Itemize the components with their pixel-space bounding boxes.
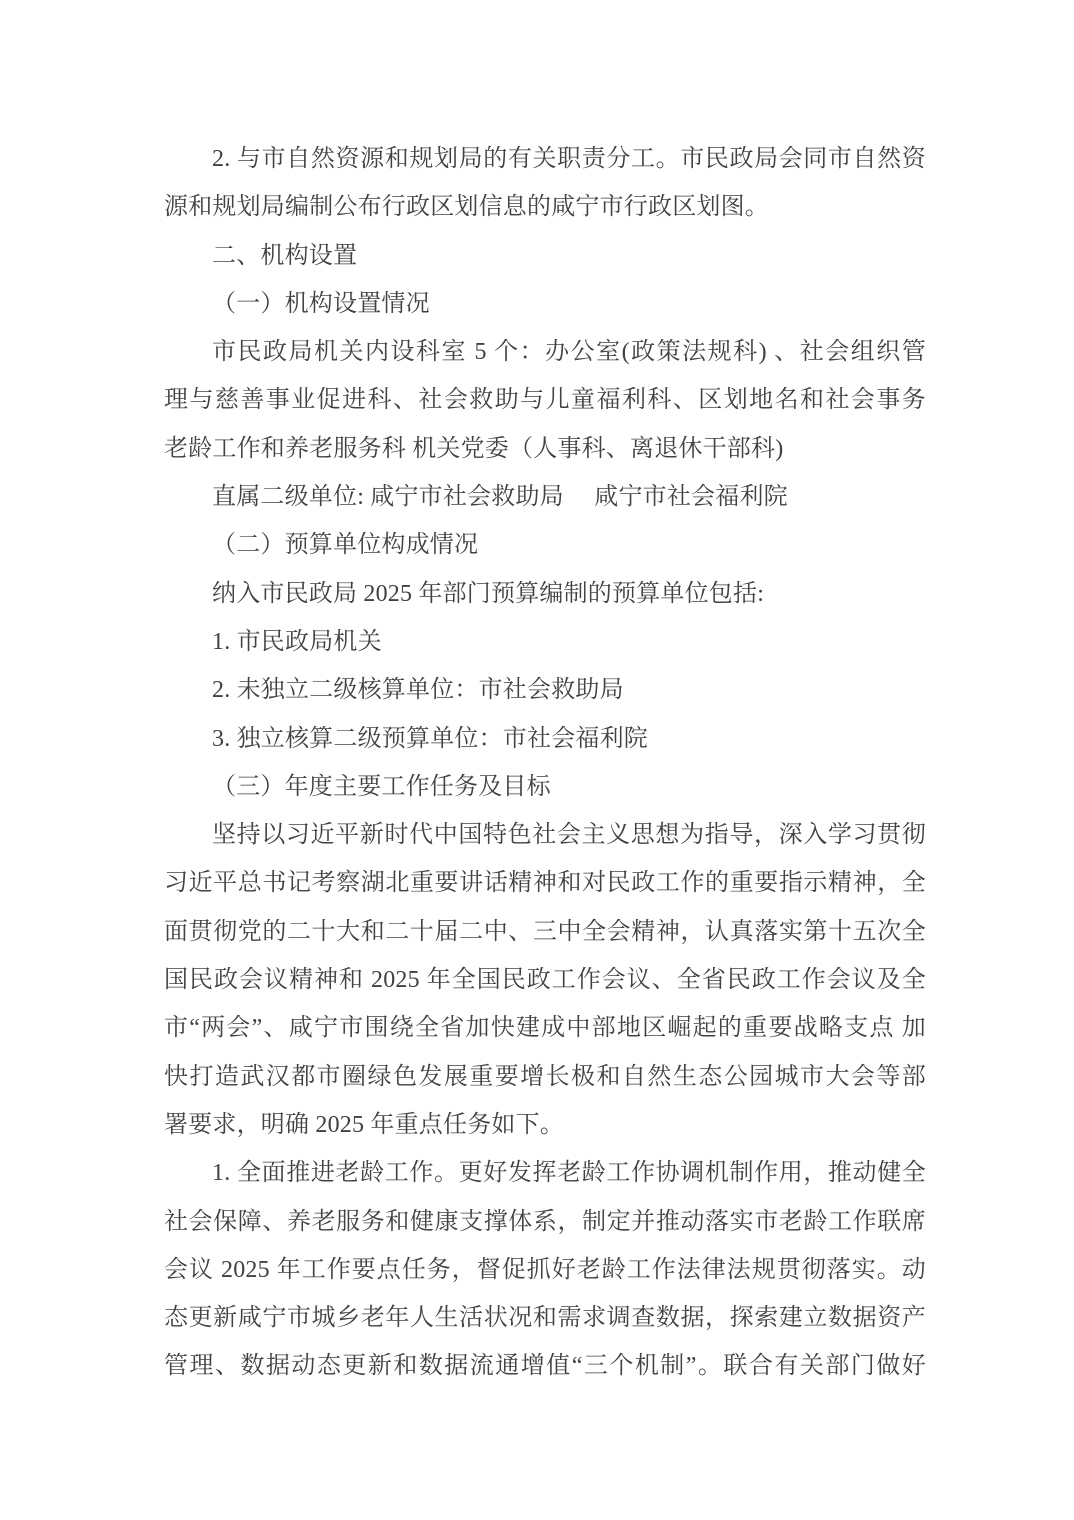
text-line: 市民政局机关内设科室 5 个：办公室(政策法规科) 、社会组织管 — [164, 328, 926, 376]
text-line: 二、机构设置 — [164, 232, 926, 280]
subheading-2-3-annual-tasks-goals: （三）年度主要工作任务及目标 — [164, 763, 926, 811]
text-line: 1. 全面推进老龄工作。更好发挥老龄工作协调机制作用，推动健全 — [164, 1149, 926, 1197]
text-line: （一）机构设置情况 — [164, 280, 926, 328]
text-line: 态更新咸宁市城乡老年人生活状况和需求调查数据，探索建立数据资产 — [164, 1294, 926, 1342]
list-item-2-non-independent-unit: 2. 未独立二级核算单位：市社会救助局 — [164, 666, 926, 714]
text-line: 市“两会”、咸宁市围绕全省加快建成中部地区崛起的重要战略支点 加 — [164, 1004, 926, 1052]
text-line: 老龄工作和养老服务科 机关党委（人事科、离退休干部科) — [164, 425, 926, 473]
text-line: 2. 与市自然资源和规划局的有关职责分工。市民政局会同市自然资 — [164, 135, 926, 183]
text-line: 1. 市民政局机关 — [164, 618, 926, 666]
para-guiding-principles: 坚持以习近平新时代中国特色社会主义思想为指导，深入学习贯彻习近平总书记考察湖北重… — [164, 811, 926, 1149]
text-line: 署要求，明确 2025 年重点任务如下。 — [164, 1101, 926, 1149]
text-line: （二）预算单位构成情况 — [164, 521, 926, 569]
text-line: 直属二级单位: 咸宁市社会救助局 咸宁市社会福利院 — [164, 473, 926, 521]
heading-section-2-org-setup: 二、机构设置 — [164, 232, 926, 280]
text-line: 管理、数据动态更新和数据流通增值“三个机制”。联合有关部门做好 — [164, 1342, 926, 1390]
subheading-2-1-org-setup-situation: （一）机构设置情况 — [164, 280, 926, 328]
text-line: 快打造武汉都市圈绿色发展重要增长极和自然生态公园城市大会等部 — [164, 1053, 926, 1101]
para-task-1-aging-work: 1. 全面推进老龄工作。更好发挥老龄工作协调机制作用，推动健全社会保障、养老服务… — [164, 1149, 926, 1390]
para-budget-units-intro: 纳入市民政局 2025 年部门预算编制的预算单位包括: — [164, 570, 926, 618]
subheading-2-2-budget-unit-composition: （二）预算单位构成情况 — [164, 521, 926, 569]
list-item-3-independent-unit: 3. 独立核算二级预算单位：市社会福利院 — [164, 715, 926, 763]
text-line: 面贯彻党的二十大和二十届二中、三中全会精神，认真落实第十五次全 — [164, 908, 926, 956]
document-body: 2. 与市自然资源和规划局的有关职责分工。市民政局会同市自然资源和规划局编制公布… — [164, 135, 926, 1391]
para-subordinate-units: 直属二级单位: 咸宁市社会救助局 咸宁市社会福利院 — [164, 473, 926, 521]
text-line: 2. 未独立二级核算单位：市社会救助局 — [164, 666, 926, 714]
text-line: （三）年度主要工作任务及目标 — [164, 763, 926, 811]
text-line: 3. 独立核算二级预算单位：市社会福利院 — [164, 715, 926, 763]
text-line: 会议 2025 年工作要点任务，督促抓好老龄工作法律法规贯彻落实。动 — [164, 1246, 926, 1294]
document-page: 2. 与市自然资源和规划局的有关职责分工。市民政局会同市自然资源和规划局编制公布… — [0, 0, 1074, 1520]
text-line: 理与慈善事业促进科、社会救助与儿童福利科、区划地名和社会事务科、 — [164, 376, 926, 424]
para-duty-division-2: 2. 与市自然资源和规划局的有关职责分工。市民政局会同市自然资源和规划局编制公布… — [164, 135, 926, 232]
text-line: 社会保障、养老服务和健康支撑体系，制定并推动落实市老龄工作联席 — [164, 1198, 926, 1246]
text-line: 坚持以习近平新时代中国特色社会主义思想为指导，深入学习贯彻 — [164, 811, 926, 859]
list-item-1-bureau-organ: 1. 市民政局机关 — [164, 618, 926, 666]
text-line: 源和规划局编制公布行政区划信息的咸宁市行政区划图。 — [164, 183, 926, 231]
text-line: 纳入市民政局 2025 年部门预算编制的预算单位包括: — [164, 570, 926, 618]
para-internal-departments: 市民政局机关内设科室 5 个：办公室(政策法规科) 、社会组织管理与慈善事业促进… — [164, 328, 926, 473]
text-line: 习近平总书记考察湖北重要讲话精神和对民政工作的重要指示精神，全 — [164, 859, 926, 907]
text-line: 国民政会议精神和 2025 年全国民政工作会议、全省民政工作会议及全 — [164, 956, 926, 1004]
